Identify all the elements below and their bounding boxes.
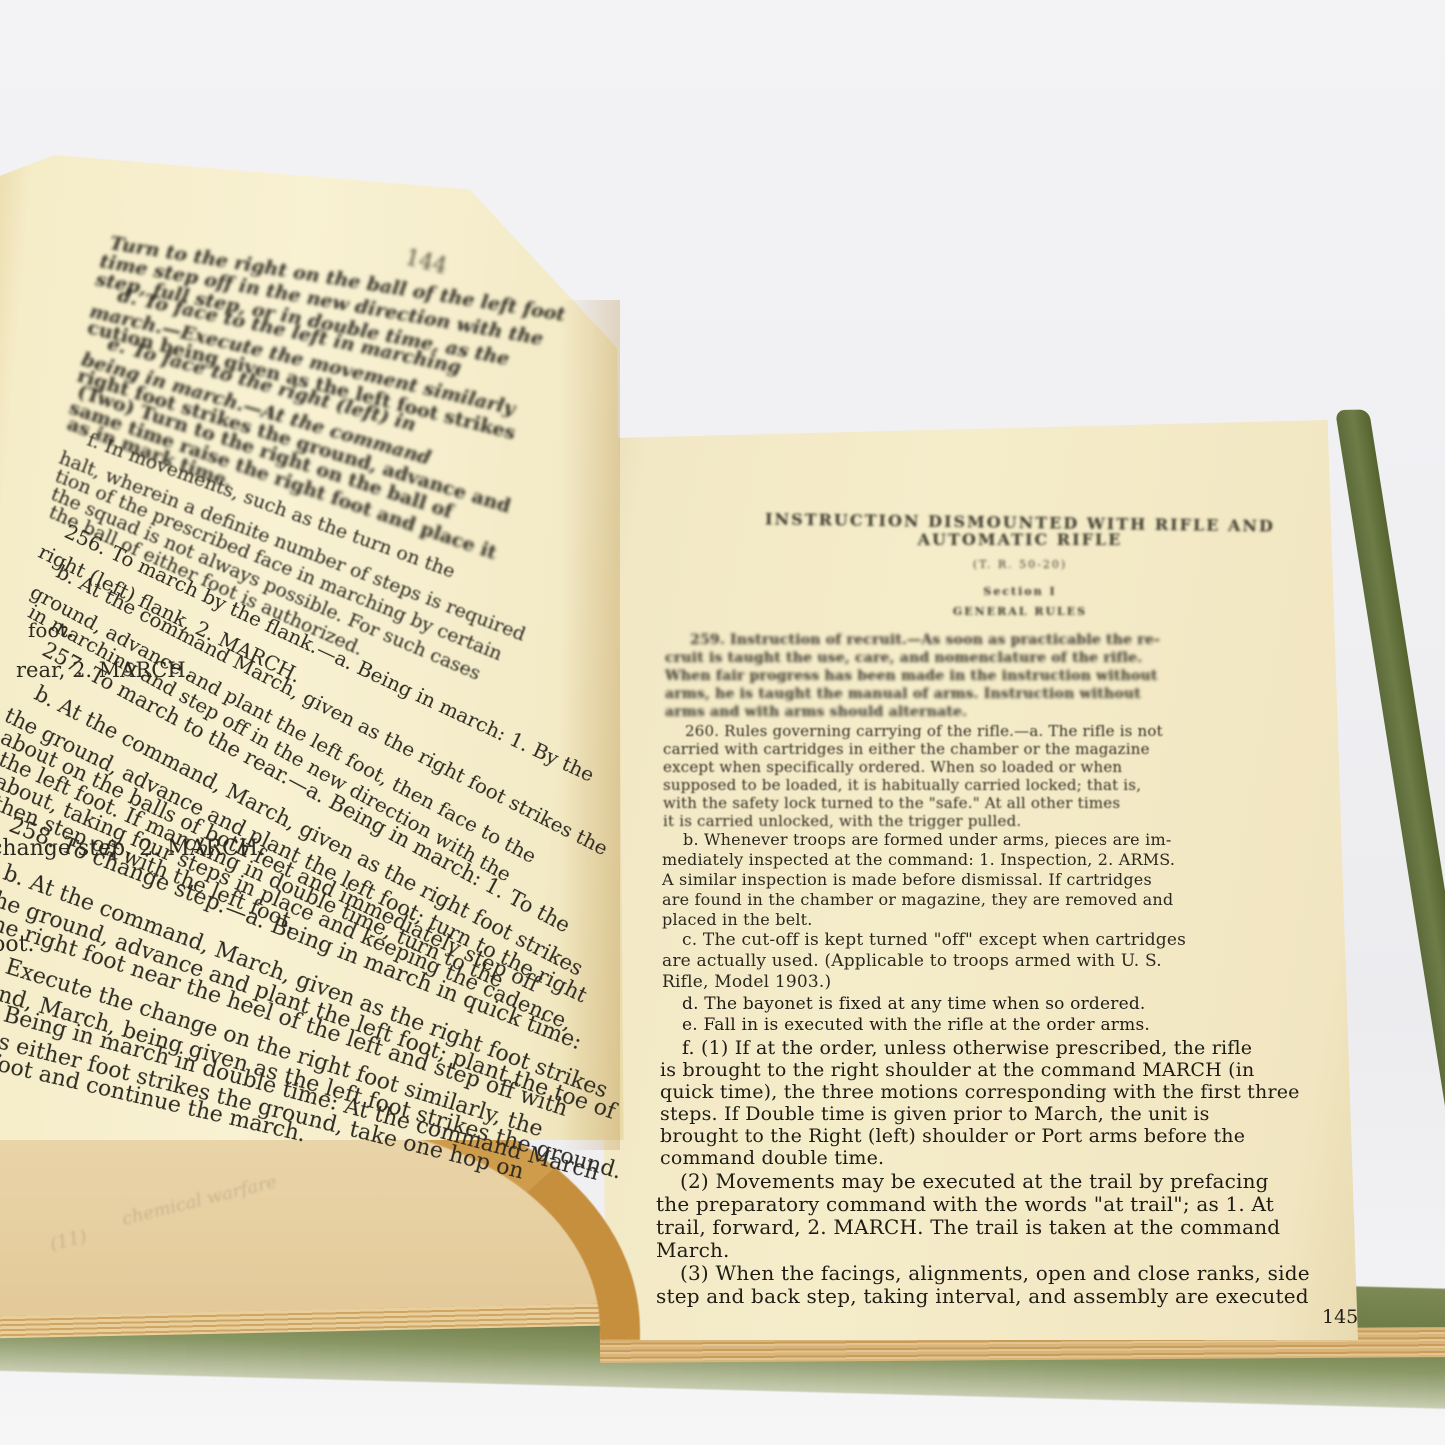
text-line: command double time. xyxy=(660,1147,884,1169)
text-line: steps. If Double time is given prior to … xyxy=(660,1103,1210,1125)
text-line: March. xyxy=(656,1238,730,1262)
text-line: carried with cartridges in either the ch… xyxy=(663,740,1150,758)
section-label: Section I xyxy=(700,585,1340,598)
text-line: arms, he is taught the manual of arms. I… xyxy=(665,686,1141,702)
text-line: (3) When the facings, alignments, open a… xyxy=(680,1261,1310,1285)
text-line: trail, forward, 2. MARCH. The trail is t… xyxy=(656,1215,1280,1239)
text-line: supposed to be loaded, it is habitually … xyxy=(663,776,1141,794)
text-line: is brought to the right shoulder at the … xyxy=(660,1059,1254,1081)
text-line: f. (1) If at the order, unless otherwise… xyxy=(682,1037,1252,1059)
text-line: quick time), the three motions correspon… xyxy=(660,1081,1300,1103)
text-line: When fair progress has been made in the … xyxy=(665,668,1158,684)
text-line: e. Fall in is executed with the rifle at… xyxy=(682,1015,1150,1035)
text-line: are actually used. (Applicable to troops… xyxy=(662,951,1162,971)
text-line: mediately inspected at the command: 1. I… xyxy=(662,850,1175,869)
text-line: c. The cut-off is kept turned "off" exce… xyxy=(682,930,1186,950)
text-line: 260. Rules governing carrying of the rif… xyxy=(685,722,1163,740)
section-title: GENERAL RULES xyxy=(700,605,1340,618)
page-number-right: 145 xyxy=(1322,1306,1358,1328)
text-line: the preparatory command with the words "… xyxy=(656,1192,1274,1216)
text-line: arms and with arms should alternate. xyxy=(665,704,967,720)
text-line: are found in the chamber or magazine, th… xyxy=(662,890,1173,909)
text-line: cruit is taught the use, care, and nomen… xyxy=(665,650,1142,666)
text-line: (2) Movements may be executed at the tra… xyxy=(680,1169,1269,1193)
photo-scene: chemical warfare (11) INSTRUCTION DISMOU… xyxy=(0,0,1445,1445)
text-line: Rifle, Model 1903.) xyxy=(662,972,831,992)
chapter-title-line2: AUTOMATIC RIFLE xyxy=(700,530,1340,549)
text-line: 259. Instruction of recruit.—As soon as … xyxy=(690,632,1160,648)
text-line: placed in the belt. xyxy=(662,910,813,929)
text-line: change step, 2. MARCH. xyxy=(0,836,265,861)
text-line: with the safety lock turned to the "safe… xyxy=(663,794,1120,812)
text-line: except when specifically ordered. When s… xyxy=(663,758,1122,776)
text-line: foot. xyxy=(0,932,34,957)
text-line: brought to the Right (left) shoulder or … xyxy=(660,1125,1245,1147)
chapter-reference: (T. R. 50-20) xyxy=(700,558,1340,571)
text-line: b. Whenever troops are formed under arms… xyxy=(683,830,1171,849)
text-line: it is carried unlocked, with the trigger… xyxy=(663,812,1021,830)
text-line: rear, 2. MARCH. xyxy=(16,658,192,682)
text-line: d. The bayonet is fixed at any time when… xyxy=(682,994,1146,1014)
text-line: A similar inspection is made before dism… xyxy=(662,870,1152,889)
text-line: step and back step, taking interval, and… xyxy=(656,1284,1309,1308)
